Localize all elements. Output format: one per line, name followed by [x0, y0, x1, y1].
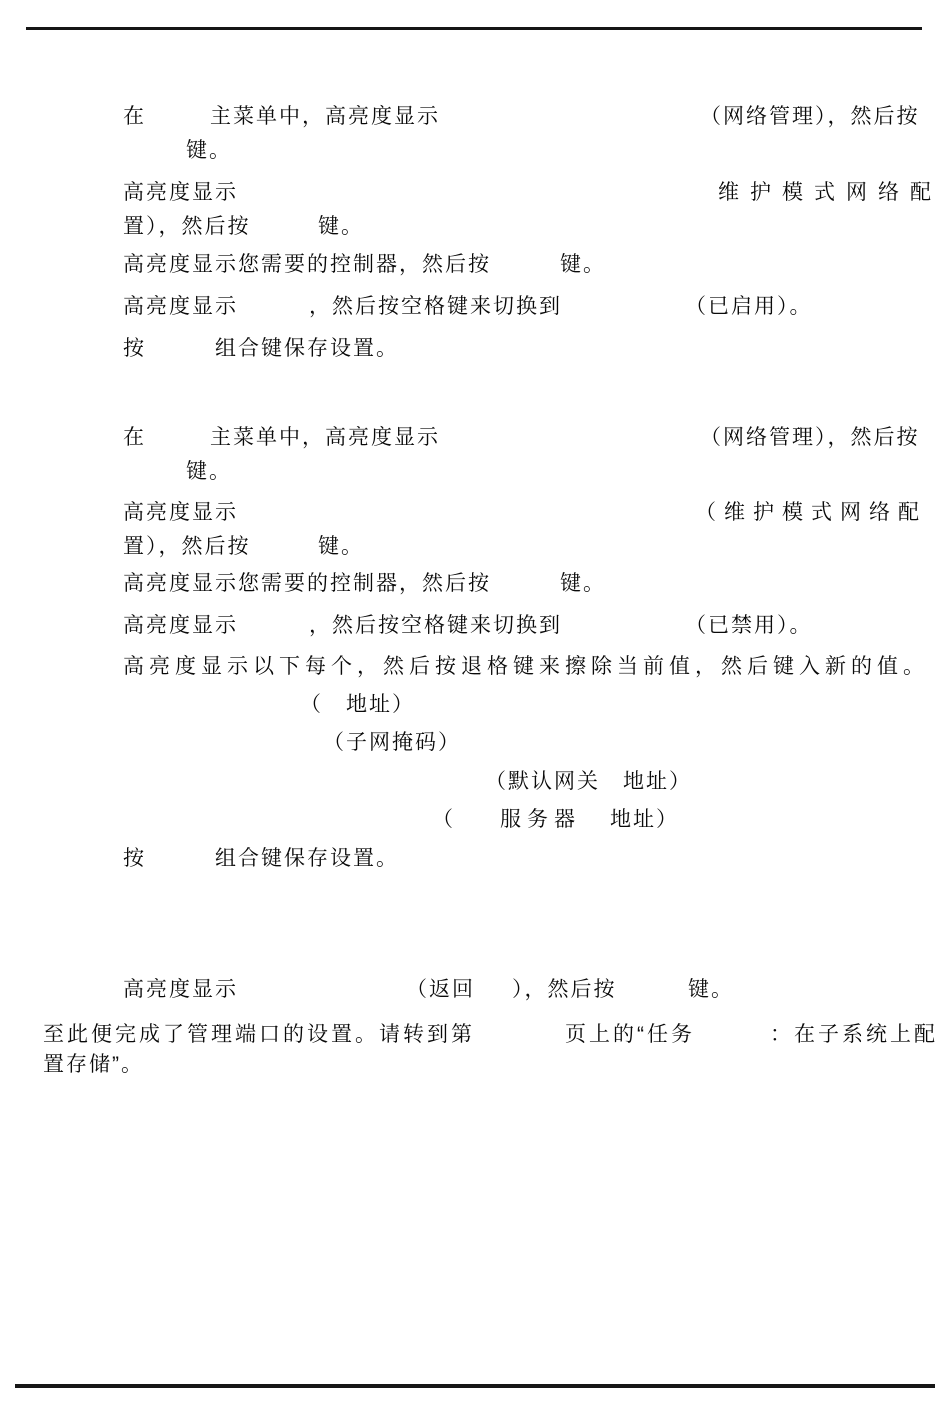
text-line: 按组合键保存设置。 [0, 845, 950, 875]
text-segment: 组合键保存设置。 [215, 335, 399, 363]
text-line: 高亮度显示您需要的控制器，然后按键。 [0, 570, 950, 600]
text-segment: 地址） [610, 806, 679, 834]
text-line: 置存储”。 [0, 1051, 950, 1081]
text-segment: 高亮度显示以下每个，然后按退格键来擦除当前值，然后键入新的值。 [123, 653, 929, 681]
text-segment: （网络管理），然后按 [700, 103, 920, 131]
text-line: （地址） [0, 691, 950, 721]
text-segment: ：在子系统上配 [770, 1021, 938, 1049]
text-segment: （网络管理），然后按 [700, 424, 920, 452]
text-segment: 维护模式网络配 [718, 179, 942, 207]
text-segment: 键。 [318, 213, 364, 241]
text-segment: 页上的“任务 [565, 1021, 695, 1049]
text-segment: （返回 [406, 976, 475, 1004]
text-segment: 置存储”。 [43, 1051, 144, 1079]
text-segment: ），然后按 [512, 976, 617, 1004]
text-line: 至此便完成了管理端口的设置。请转到第页上的“任务：在子系统上配 [0, 1021, 950, 1051]
text-segment: （ [300, 691, 323, 719]
text-segment: 键。 [560, 570, 606, 598]
text-line: 在主菜单中，高亮度显示（网络管理），然后按 [0, 103, 950, 133]
text-segment: 地址） [623, 768, 692, 796]
text-segment: 键。 [186, 458, 232, 486]
text-segment: ，然后按空格键来切换到 [309, 293, 562, 321]
text-segment: 键。 [688, 976, 734, 1004]
text-segment: 置），然后按 [123, 213, 251, 241]
document-page: 在主菜单中，高亮度显示（网络管理），然后按键。高亮度显示维护模式网络配置），然后… [0, 0, 950, 1414]
text-line: 高亮度显示您需要的控制器，然后按键。 [0, 251, 950, 281]
text-segment: 服务器 [500, 806, 581, 834]
text-line: 键。 [0, 458, 950, 488]
text-segment: 按 [123, 845, 146, 873]
text-segment: 高亮度显示 [123, 612, 238, 640]
text-segment: 高亮度显示 [123, 293, 238, 321]
text-line: （子网掩码） [0, 729, 950, 759]
text-segment: ，然后按空格键来切换到 [309, 612, 562, 640]
text-segment: 高亮度显示 [123, 976, 238, 1004]
text-segment: （维护模式网络配 [695, 499, 927, 527]
text-segment: （ [432, 806, 455, 834]
text-line: （默认网关地址） [0, 768, 950, 798]
text-segment: 主菜单中，高亮度显示 [210, 424, 440, 452]
text-segment: 按 [123, 335, 146, 363]
top-rule [26, 27, 922, 30]
text-segment: （已启用）。 [685, 293, 813, 321]
text-segment: 键。 [318, 533, 364, 561]
text-segment: 在 [123, 103, 146, 131]
text-line: 高亮度显示（返回），然后按键。 [0, 976, 950, 1006]
text-segment: （已禁用）。 [685, 612, 813, 640]
text-segment: 至此便完成了管理端口的设置。请转到第 [43, 1021, 475, 1049]
text-segment: 键。 [560, 251, 606, 279]
text-segment: 地址） [346, 691, 415, 719]
text-segment: （子网掩码） [323, 729, 461, 757]
bottom-rule [15, 1384, 935, 1388]
text-line: 高亮度显示维护模式网络配 [0, 179, 950, 209]
text-line: 按组合键保存设置。 [0, 335, 950, 365]
text-segment: 高亮度显示您需要的控制器，然后按 [123, 251, 491, 279]
text-segment: 在 [123, 424, 146, 452]
text-segment: 高亮度显示您需要的控制器，然后按 [123, 570, 491, 598]
text-line: 高亮度显示（维护模式网络配 [0, 499, 950, 529]
text-segment: （默认网关 [485, 768, 600, 796]
text-segment: 置），然后按 [123, 533, 251, 561]
text-line: （服务器地址） [0, 806, 950, 836]
text-segment: 高亮度显示 [123, 179, 238, 207]
text-segment: 高亮度显示 [123, 499, 238, 527]
text-segment: 组合键保存设置。 [215, 845, 399, 873]
text-line: 在主菜单中，高亮度显示（网络管理），然后按 [0, 424, 950, 454]
text-line: 高亮度显示，然后按空格键来切换到（已启用）。 [0, 293, 950, 323]
text-line: 置），然后按键。 [0, 213, 950, 243]
text-line: 高亮度显示，然后按空格键来切换到（已禁用）。 [0, 612, 950, 642]
text-segment: 键。 [186, 137, 232, 165]
text-line: 键。 [0, 137, 950, 167]
text-line: 置），然后按键。 [0, 533, 950, 563]
text-segment: 主菜单中，高亮度显示 [210, 103, 440, 131]
text-line: 高亮度显示以下每个，然后按退格键来擦除当前值，然后键入新的值。 [0, 653, 950, 683]
